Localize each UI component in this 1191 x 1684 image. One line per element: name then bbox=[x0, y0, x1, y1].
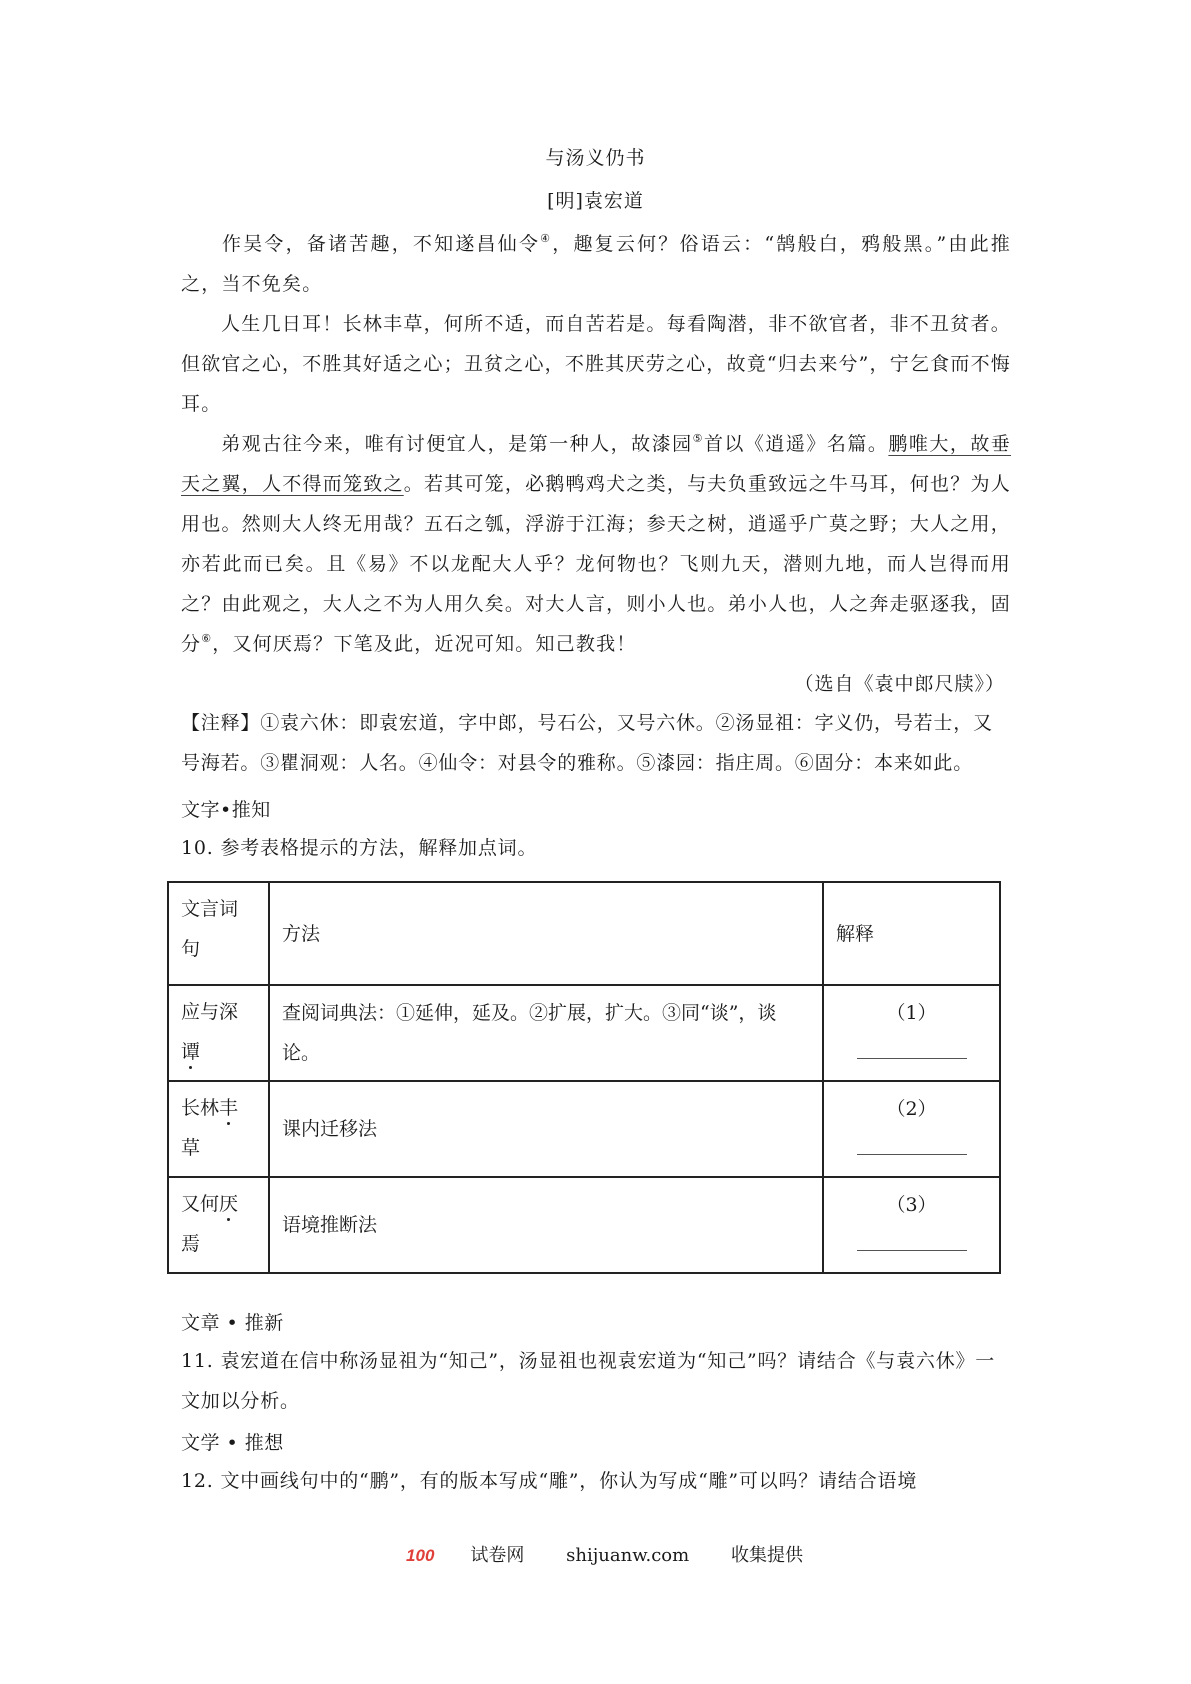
passage-author: [明]袁宏道 bbox=[0, 186, 1191, 213]
question-12: 12. 文中画线句中的“鹏”，有的版本写成“雕”，你认为写成“雕”可以吗？请结合… bbox=[181, 1461, 1011, 1501]
answer-label: （1） bbox=[886, 1002, 936, 1024]
row-phrase: 应与深谭 bbox=[168, 985, 269, 1081]
answer-label: （3） bbox=[886, 1194, 936, 1216]
answer-blank-1[interactable] bbox=[857, 1036, 967, 1059]
answer-blank-2[interactable] bbox=[857, 1132, 967, 1155]
p2-text: 人生几日耳！长林丰草，何所不适，而自苦若是。每看陶潜，非不欲官者，非不丑贫者。但… bbox=[181, 313, 1011, 415]
paragraph-1: 作吴令，备诸苦趣，不知遂昌仙令④，趣复云何？俗语云：“鹄般白，鸦般黑。”由此推之… bbox=[181, 224, 1011, 304]
vocabulary-table: 文言词句 方法 解释 应与深谭 查阅词典法：①延伸，延及。②扩展，扩大。③同“谈… bbox=[167, 881, 1001, 1274]
p1-text-a: 作吴令，备诸苦趣，不知遂昌仙令 bbox=[221, 233, 540, 255]
site-name: 试卷网 bbox=[470, 1545, 524, 1566]
phrase-tail: 焉 bbox=[181, 1233, 200, 1255]
answer-label: （2） bbox=[886, 1098, 936, 1120]
row-phrase: 长林丰草 bbox=[168, 1081, 269, 1177]
site-logo-icon: 100 bbox=[406, 1546, 434, 1565]
footnote-ref-4: ④ bbox=[540, 232, 552, 245]
phrase-text: 长林 bbox=[181, 1097, 219, 1119]
row-method: 语境推断法 bbox=[269, 1177, 823, 1273]
row-answer: （1） bbox=[823, 985, 1000, 1081]
table-row: 长林丰草 课内迁移法 （2） bbox=[168, 1081, 1000, 1177]
site-url[interactable]: shijuanw.com bbox=[566, 1545, 689, 1566]
row-method: 课内迁移法 bbox=[269, 1081, 823, 1177]
p3-text-a: 弟观古往今来，唯有讨便宜人，是第一种人，故漆园 bbox=[221, 433, 693, 455]
p3-text-d: ，又何厌焉？下笔及此，近况可知。知己教我！ bbox=[212, 633, 636, 655]
row-method: 查阅词典法：①延伸，延及。②扩展，扩大。③同“谈”，谈论。 bbox=[269, 985, 823, 1081]
dotted-word: 丰 bbox=[219, 1097, 238, 1119]
header-method: 方法 bbox=[269, 882, 823, 985]
table-row: 又何厌焉 语境推断法 （3） bbox=[168, 1177, 1000, 1273]
page-footer: 100试卷网 shijuanw.com 收集提供 bbox=[0, 1541, 1191, 1567]
footnote-ref-5: ⑤ bbox=[693, 432, 704, 445]
section-heading-wenxue: 文学 • 推想 bbox=[181, 1428, 284, 1455]
question-10: 10. 参考表格提示的方法，解释加点词。 bbox=[181, 828, 1011, 868]
paragraph-2: 人生几日耳！长林丰草，何所不适，而自苦若是。每看陶潜，非不欲官者，非不丑贫者。但… bbox=[181, 304, 1011, 424]
footer-note: 收集提供 bbox=[731, 1545, 803, 1566]
annotations: 【注释】①袁六休：即袁宏道，字中郎，号石公，又号六休。②汤显祖：字义仍，号若士，… bbox=[181, 703, 1011, 783]
paragraph-3: 弟观古往今来，唯有讨便宜人，是第一种人，故漆园⑤首以《逍遥》名篇。鹏唯大，故垂天… bbox=[181, 424, 1011, 664]
passage-source: （选自《袁中郎尺牍》） bbox=[794, 669, 1005, 696]
phrase-text: 应与深 bbox=[181, 1001, 238, 1023]
question-11: 11. 袁宏道在信中称汤显祖为“知己”，汤显祖也视袁宏道为“知己”吗？请结合《与… bbox=[181, 1341, 1011, 1421]
dotted-word: 厌 bbox=[219, 1193, 238, 1215]
p3-text-c: 。若其可笼，必鹅鸭鸡犬之类，与夫负重致远之牛马耳，何也？为人用也。然则大人终无用… bbox=[181, 473, 1011, 655]
header-answer: 解释 bbox=[823, 882, 1000, 985]
phrase-tail: 草 bbox=[181, 1137, 200, 1159]
table-row: 应与深谭 查阅词典法：①延伸，延及。②扩展，扩大。③同“谈”，谈论。 （1） bbox=[168, 985, 1000, 1081]
phrase-text: 又何 bbox=[181, 1193, 219, 1215]
header-phrase: 文言词句 bbox=[168, 882, 269, 985]
passage-title: 与汤义仍书 bbox=[0, 143, 1191, 170]
section-heading-wenzi: 文字•推知 bbox=[181, 795, 271, 822]
dotted-word: 谭 bbox=[181, 1041, 200, 1063]
footnote-ref-6: ⑥ bbox=[201, 632, 212, 645]
answer-blank-3[interactable] bbox=[857, 1228, 967, 1251]
row-answer: （2） bbox=[823, 1081, 1000, 1177]
section-heading-wenzhang: 文章 • 推新 bbox=[181, 1308, 284, 1335]
table-header-row: 文言词句 方法 解释 bbox=[168, 882, 1000, 985]
p3-text-b: 首以《逍遥》名篇。 bbox=[704, 433, 888, 455]
row-phrase: 又何厌焉 bbox=[168, 1177, 269, 1273]
row-answer: （3） bbox=[823, 1177, 1000, 1273]
